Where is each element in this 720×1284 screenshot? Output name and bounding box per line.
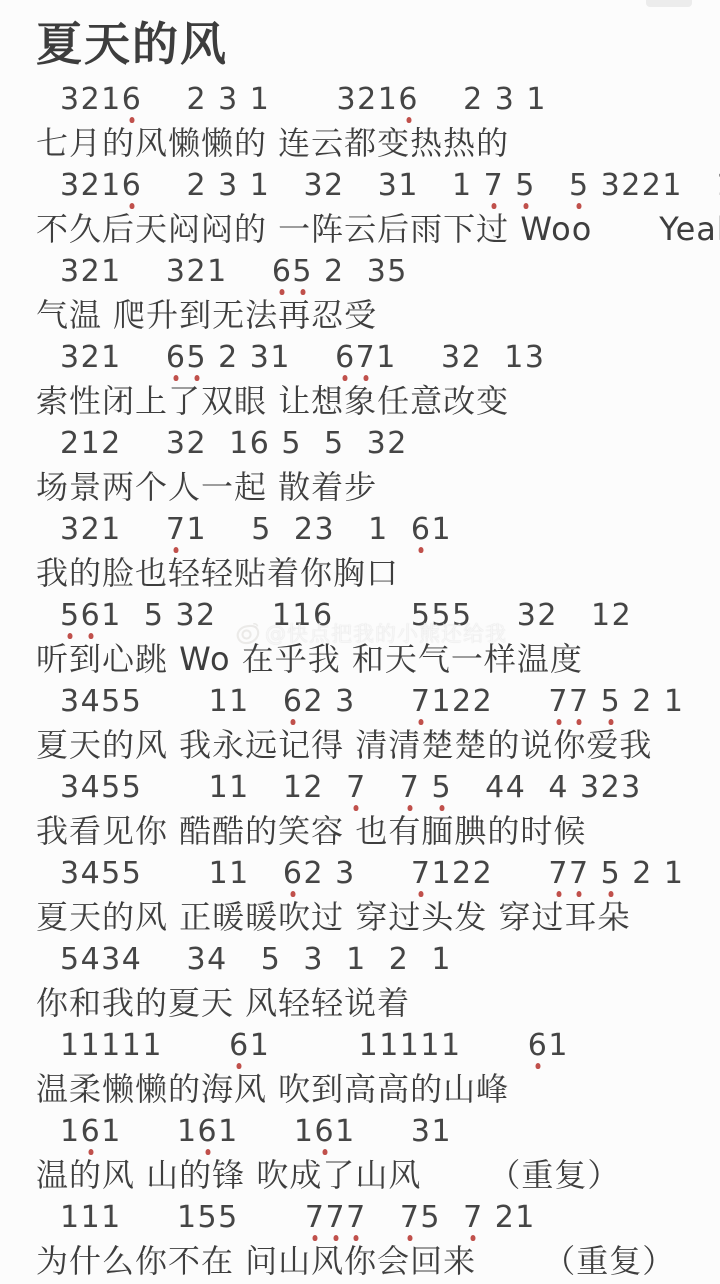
- note-line: 3455 11 62 3 7122 77 5 2 1: [0, 684, 720, 720]
- note-line: 3216 2 3 1 3216 2 3 1: [0, 82, 720, 118]
- low-octave-note: 6: [398, 82, 419, 118]
- low-octave-note: 5: [515, 168, 536, 204]
- score-line-2: 3216 2 3 1 32 31 1 7 5 5 3221 155不久后天闷闷的…: [0, 168, 720, 254]
- low-octave-note: 7: [411, 856, 432, 892]
- low-octave-note: 5: [187, 340, 208, 376]
- lyric-line: 温柔懒懒的海风 吹到高高的山峰: [0, 1070, 720, 1108]
- score-line-4: 321 65 2 31 671 32 13索性闭上了双眼 让想象任意改变: [0, 340, 720, 426]
- note-line: 321 65 2 31 671 32 13: [0, 340, 720, 376]
- lyric-line: 我看见你 酷酷的笑容 也有腼腆的时候: [0, 812, 720, 850]
- low-octave-note: 7: [463, 1200, 484, 1236]
- note-line: 561 5 32 116 555 32 12: [0, 598, 720, 634]
- low-octave-note: 6: [315, 1114, 336, 1150]
- score-line-8: 3455 11 62 3 7122 77 5 2 1夏天的风 我永远记得 清清楚…: [0, 684, 720, 770]
- lyric-line: 夏天的风 正暖暖吹过 穿过头发 穿过耳朵: [0, 898, 720, 936]
- low-octave-note: 6: [411, 512, 432, 548]
- lyric-line: 你和我的夏天 风轻轻说着: [0, 984, 720, 1022]
- low-octave-note: 6: [198, 1114, 219, 1150]
- lyric-line: 温的风 山的锋 吹成了山风 （重复）: [0, 1156, 720, 1194]
- note-line: 3216 2 3 1 32 31 1 7 5 5 3221 155: [0, 168, 720, 204]
- low-octave-note: 6: [81, 1114, 102, 1150]
- low-octave-note: 6: [335, 340, 356, 376]
- score-line-9: 3455 11 12 7 7 5 44 4 323我看见你 酷酷的笑容 也有腼腆…: [0, 770, 720, 856]
- note-line: 321 321 65 2 35: [0, 254, 720, 290]
- low-octave-note: 6: [229, 1028, 250, 1064]
- note-line: 3455 11 12 7 7 5 44 4 323: [0, 770, 720, 806]
- low-octave-note: 5: [60, 598, 81, 634]
- low-octave-note: 6: [122, 82, 143, 118]
- score-line-6: 321 71 5 23 1 61我的脸也轻轻贴着你胸口: [0, 512, 720, 598]
- note-line: 3455 11 62 3 7122 77 5 2 1: [0, 856, 720, 892]
- score-line-11: 5434 34 5 3 1 2 1你和我的夏天 风轻轻说着: [0, 942, 720, 1028]
- note-line: 11111 61 11111 61: [0, 1028, 720, 1064]
- low-octave-note: 7: [400, 770, 421, 806]
- lyric-line: 听到心跳 Wo 在乎我 和天气一样温度: [0, 640, 720, 678]
- score-lines: 3216 2 3 1 3216 2 3 1七月的风懒懒的 连云都变热热的3216…: [0, 82, 720, 1284]
- lyric-sheet: 夏天的风 3216 2 3 1 3216 2 3 1七月的风懒懒的 连云都变热热…: [0, 0, 720, 1284]
- score-line-13: 161 161 161 31温的风 山的锋 吹成了山风 （重复）: [0, 1114, 720, 1200]
- low-octave-note: 6: [122, 168, 143, 204]
- note-line: 161 161 161 31: [0, 1114, 720, 1150]
- note-line: 212 32 16 5 5 32: [0, 426, 720, 462]
- low-octave-note: 7: [305, 1200, 326, 1236]
- low-octave-note: 7: [400, 1200, 421, 1236]
- lyric-line: 七月的风懒懒的 连云都变热热的: [0, 124, 720, 162]
- lyric-line: 夏天的风 我永远记得 清清楚楚的说你爱我: [0, 726, 720, 764]
- low-octave-note: 7: [569, 684, 590, 720]
- low-octave-note: 6: [272, 254, 293, 290]
- score-line-14: 111 155 777 75 7 21为什么你不在 问山风你会回来 （重复）: [0, 1200, 720, 1284]
- low-octave-note: 5: [601, 684, 622, 720]
- low-octave-note: 5: [569, 168, 590, 204]
- score-line-5: 212 32 16 5 5 32场景两个人一起 散着步: [0, 426, 720, 512]
- low-octave-note: 7: [548, 856, 569, 892]
- low-octave-note: 6: [81, 598, 102, 634]
- low-octave-note: 7: [356, 340, 377, 376]
- low-octave-note: 6: [283, 856, 304, 892]
- low-octave-note: 5: [601, 856, 622, 892]
- score-line-1: 3216 2 3 1 3216 2 3 1七月的风懒懒的 连云都变热热的: [0, 82, 720, 168]
- low-octave-note: 5: [431, 770, 452, 806]
- corner-artifact: [646, 0, 692, 7]
- low-octave-note: 7: [548, 684, 569, 720]
- lyric-line: 场景两个人一起 散着步: [0, 468, 720, 506]
- low-octave-note: 7: [326, 1200, 347, 1236]
- lyric-line: 我的脸也轻轻贴着你胸口: [0, 554, 720, 592]
- lyric-line: 索性闭上了双眼 让想象任意改变: [0, 382, 720, 420]
- note-line: 321 71 5 23 1 61: [0, 512, 720, 548]
- low-octave-note: 6: [166, 340, 187, 376]
- score-line-3: 321 321 65 2 35气温 爬升到无法再忍受: [0, 254, 720, 340]
- note-line: 5434 34 5 3 1 2 1: [0, 942, 720, 978]
- low-octave-note: 7: [484, 168, 505, 204]
- low-octave-note: 7: [166, 512, 187, 548]
- low-octave-note: 7: [346, 770, 367, 806]
- low-octave-note: 6: [528, 1028, 549, 1064]
- score-line-12: 11111 61 11111 61温柔懒懒的海风 吹到高高的山峰: [0, 1028, 720, 1114]
- low-octave-note: 6: [283, 684, 304, 720]
- lyric-line: 为什么你不在 问山风你会回来 （重复）: [0, 1242, 720, 1280]
- low-octave-note: 7: [569, 856, 590, 892]
- low-octave-note: 7: [411, 684, 432, 720]
- song-title: 夏天的风: [36, 16, 720, 72]
- score-line-10: 3455 11 62 3 7122 77 5 2 1夏天的风 正暖暖吹过 穿过头…: [0, 856, 720, 942]
- lyric-line: 气温 爬升到无法再忍受: [0, 296, 720, 334]
- low-octave-note: 7: [346, 1200, 367, 1236]
- lyric-line: 不久后天闷闷的 一阵云后雨下过 Woo Yeah: [0, 210, 720, 248]
- low-octave-note: 5: [292, 254, 313, 290]
- note-line: 111 155 777 75 7 21: [0, 1200, 720, 1236]
- score-line-7: 561 5 32 116 555 32 12听到心跳 Wo 在乎我 和天气一样温…: [0, 598, 720, 684]
